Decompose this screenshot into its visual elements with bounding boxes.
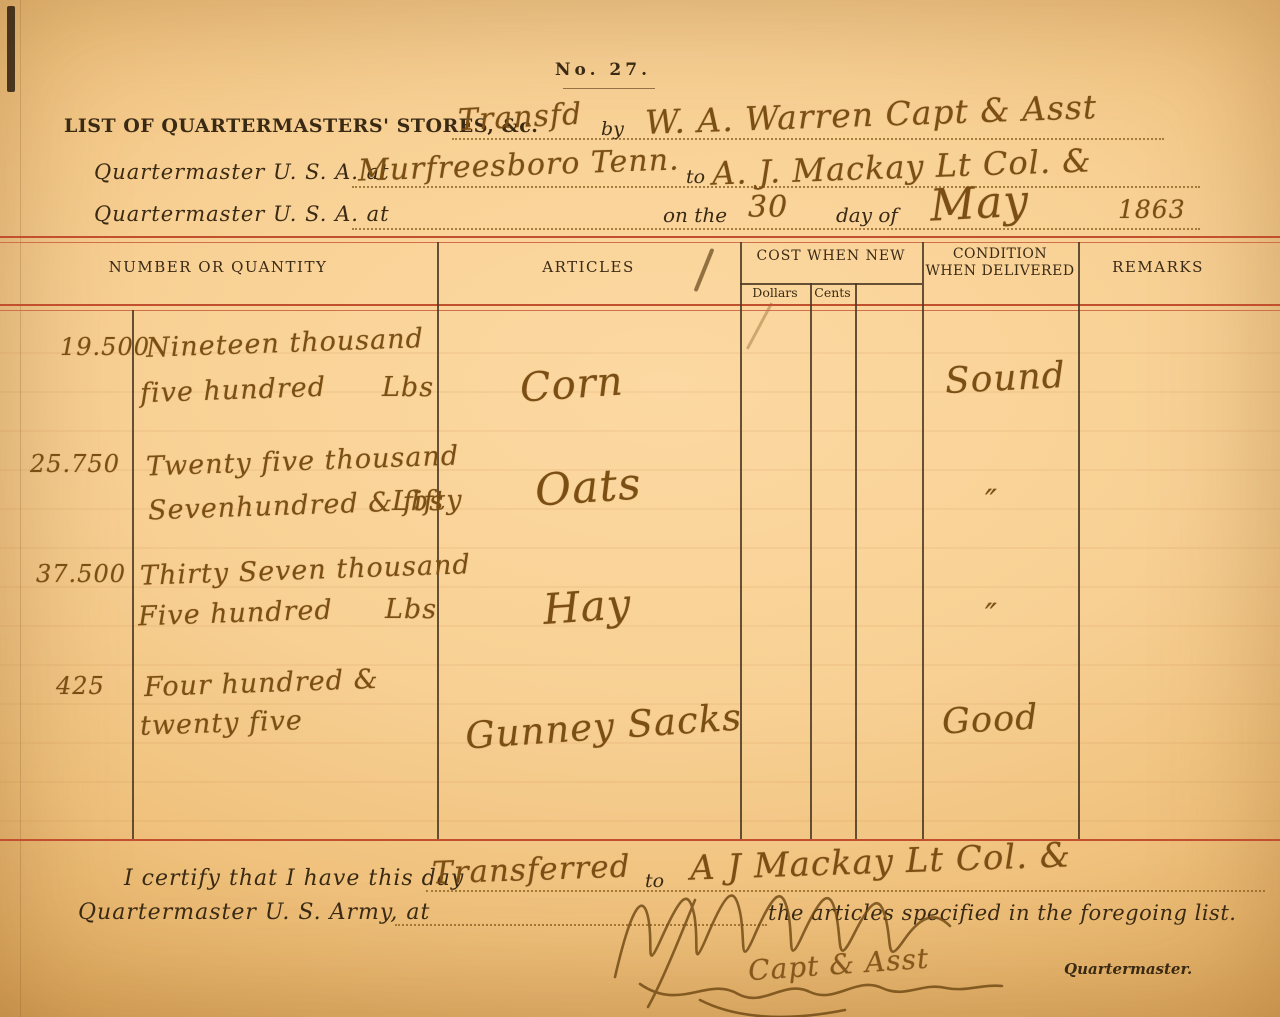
col-header-cost: COST WHEN NEW	[740, 248, 922, 264]
col-divider-cents-blank	[855, 283, 857, 839]
hw-day: 30	[748, 190, 788, 225]
form-number-underline	[563, 88, 655, 89]
printed-to: to	[686, 166, 705, 188]
qty-unit: Lbs	[385, 594, 437, 625]
qty-number: 37.500	[36, 560, 126, 588]
table-top-rule	[0, 236, 1280, 238]
blank-line-3	[352, 228, 1200, 230]
condition-ditto: ″	[985, 482, 998, 520]
table-bottom-rule	[0, 839, 1280, 841]
col-divider-quantity-articles	[437, 242, 439, 839]
condition-value: Good	[941, 698, 1039, 743]
col-divider-articles-cost	[740, 242, 742, 839]
hw-year: 1863	[1118, 195, 1186, 224]
col-divider-dollars-cents	[810, 283, 812, 839]
header-bottom-rule	[0, 304, 1280, 306]
article-name: Corn	[519, 358, 626, 411]
qty-unit: Lbs	[392, 486, 444, 517]
hw-month: May	[929, 175, 1031, 231]
printed-quartermaster-at-2: Quartermaster U. S. A. at	[94, 202, 390, 226]
blank-line-1	[452, 138, 1164, 140]
printed-certify: I certify that I have this day	[124, 866, 464, 891]
qty-unit: Lbs	[382, 372, 434, 403]
printed-day-of: day of	[836, 203, 898, 227]
document-page: No. 27. LIST OF QUARTERMASTERS' STORES, …	[0, 0, 1280, 1017]
col-header-quantity: NUMBER OR QUANTITY	[38, 258, 398, 276]
col-header-condition-1: CONDITION	[922, 246, 1078, 262]
printed-quartermaster-army-at: Quartermaster U. S. Army, at	[78, 900, 430, 925]
printed-quartermaster-at-1: Quartermaster U. S. A. at	[94, 160, 390, 184]
qty-number: 25.750	[30, 450, 120, 478]
col-divider-condition-remarks	[1078, 242, 1080, 839]
header-bottom-rule-2	[0, 310, 1280, 311]
hw-receiving-officer: A. J. Mackay Lt Col. &	[711, 141, 1092, 192]
form-number: No. 27.	[555, 60, 685, 80]
col-header-cents: Cents	[810, 285, 855, 300]
col-header-condition-2: WHEN DELIVERED	[918, 263, 1082, 279]
printed-by: by	[601, 118, 624, 140]
col-divider-qty-number	[132, 310, 134, 839]
condition-value: Sound	[944, 355, 1067, 402]
hw-transferring-officer: W. A. Warren Capt & Asst	[644, 87, 1097, 142]
qty-number: 19.500	[60, 333, 150, 361]
article-name: Oats	[533, 458, 643, 516]
article-name: Hay	[541, 579, 633, 634]
qty-number: 425	[56, 672, 105, 700]
scan-edge-mark	[7, 6, 15, 92]
hw-station: Murfreesboro Tenn.	[357, 142, 680, 188]
hw-transfd: Transfd	[457, 97, 583, 138]
printed-on-the: on the	[663, 203, 727, 227]
condition-ditto: ″	[985, 596, 998, 634]
table-top-rule-2	[0, 242, 1280, 243]
hw-recipient: A J Mackay Lt Col. &	[689, 835, 1071, 888]
col-header-remarks: REMARKS	[1078, 258, 1238, 276]
col-header-articles: ARTICLES	[437, 258, 740, 276]
qty-words-2: twenty five	[140, 705, 304, 742]
printed-quartermaster-label: Quartermaster.	[1064, 960, 1192, 978]
col-header-dollars: Dollars	[740, 285, 810, 300]
col-divider-cost-condition	[922, 242, 924, 839]
qty-words-2: five hundred	[140, 372, 327, 409]
